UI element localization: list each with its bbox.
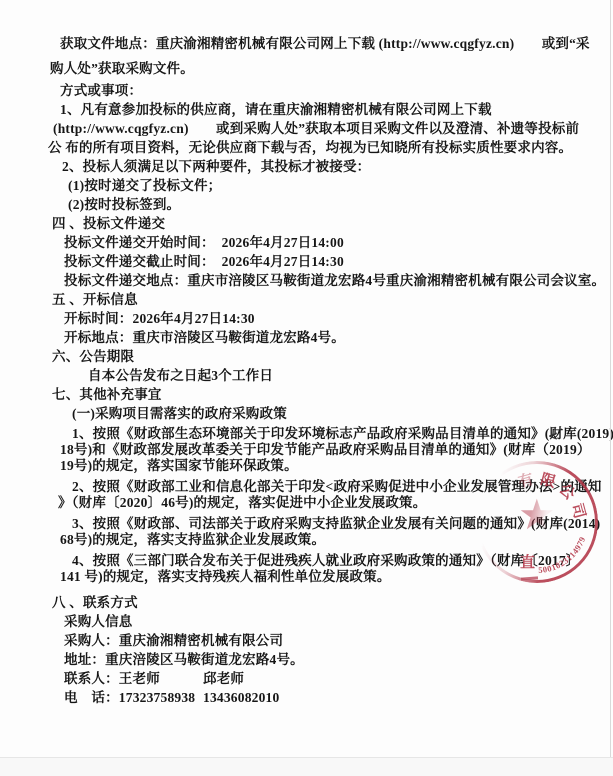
doc-line: 获取文件地点：重庆渝湘精密机械有限公司网上下载 (http://www.cqgf… xyxy=(0,34,613,53)
doc-line: 方式或事项： xyxy=(0,81,613,100)
doc-section-heading: 四 、投标文件递交 xyxy=(0,214,613,233)
doc-section-heading: 七、其他补充事宜 xyxy=(0,385,613,404)
margin-check-mark: < xyxy=(548,429,558,443)
contact-phone-1: 电 话：17323758938 xyxy=(64,688,203,707)
doc-line: (2)按时投标签到。 xyxy=(0,195,613,214)
contact-row: 联系人：王老师 邱老师 xyxy=(0,669,613,688)
doc-line: 1、凡有意参加投标的供应商，请在重庆渝湘精密机械有限公司网上下载 xyxy=(0,100,613,119)
doc-line: 开标地点：重庆市涪陵区马鞍街道龙宏路4号。 xyxy=(0,328,613,347)
doc-line: (1)按时递交了投标文件； xyxy=(0,176,613,195)
doc-line: 18号)和《财政部发展改革委关于印发节能产品政府采购品目清单的通知》(财库（20… xyxy=(0,442,613,458)
doc-line: 开标时间：2026年4月27日14:30 xyxy=(0,309,613,328)
doc-line: 投标文件递交截止时间： 2026年4月27日14:30 xyxy=(0,252,613,271)
doc-line: 2、按照《财政部工业和信息化部关于印发<政府采购促进中小企业发展管理办法>的通知 xyxy=(0,479,613,495)
doc-line: (http://www.cqgfyz.cn) 或到采购人处”获取本项目采购文件以… xyxy=(0,119,613,138)
doc-section-heading: 八 、联系方式 xyxy=(0,593,613,612)
doc-line: 1、按照《财政部生态环境部关于印发环境标志产品政府采购品目清单的通知》(财库(2… xyxy=(0,426,613,442)
doc-line: (一)采购项目需落实的政府采购政策 xyxy=(0,404,613,423)
doc-line: 68号)的规定，落实支持监狱企业发展政策。 xyxy=(0,532,613,548)
doc-line: 19号)的规定，落实国家节能环保政策。 xyxy=(0,458,613,474)
doc-line: 采购人：重庆渝湘精密机械有限公司 xyxy=(0,631,613,650)
doc-line: 2、投标人须满足以下两种要件，其投标才被接受： xyxy=(0,157,613,176)
scan-edge-right xyxy=(610,0,611,776)
contact-row: 电 话：17323758938 13436082010 xyxy=(0,688,613,707)
scan-edge-strip xyxy=(0,758,613,776)
contact-name-2: 邱老师 xyxy=(203,669,244,688)
contact-phone-2: 13436082010 xyxy=(203,688,279,707)
doc-section-heading: 六、公告期限 xyxy=(0,347,613,366)
doc-line: 公 布的所有项目资料，无论供应商下载与否，均视为已知晓所有投标实质性要求内容。 xyxy=(0,138,613,157)
doc-line: 投标文件递交开始时间： 2026年4月27日14:00 xyxy=(0,233,613,252)
doc-section-heading: 五 、开标信息 xyxy=(0,290,613,309)
doc-line: 》（财库〔2020〕46号)的规定，落实促进中小企业发展政策。 xyxy=(0,495,613,511)
doc-line: 4、按照《三部门联合发布关于促进残疾人就业政府采购政策的通知》（财库〔2017〕 xyxy=(0,553,613,569)
doc-line: 地址：重庆涪陵区马鞍街道龙宏路4号。 xyxy=(0,650,613,669)
doc-line: 投标文件递交地点：重庆市涪陵区马鞍街道龙宏路4号重庆渝湘精密机械有限公司会议室。 xyxy=(0,271,613,290)
doc-line: 采购人信息 xyxy=(0,612,613,631)
contact-name-1: 联系人：王老师 xyxy=(64,669,203,688)
doc-line: 141 号)的规定，落实支持残疾人福利性单位发展政策。 xyxy=(0,569,613,585)
doc-line: 购人处”获取采购文件。 xyxy=(0,59,613,78)
document-page: 获取文件地点：重庆渝湘精密机械有限公司网上下载 (http://www.cqgf… xyxy=(0,0,613,776)
doc-line: 3、按照《财政部、司法部关于政府采购支持监狱企业发展有关问题的通知》(财库(20… xyxy=(0,516,613,532)
doc-line: 自本公告发布之日起3个工作日 xyxy=(0,366,613,385)
